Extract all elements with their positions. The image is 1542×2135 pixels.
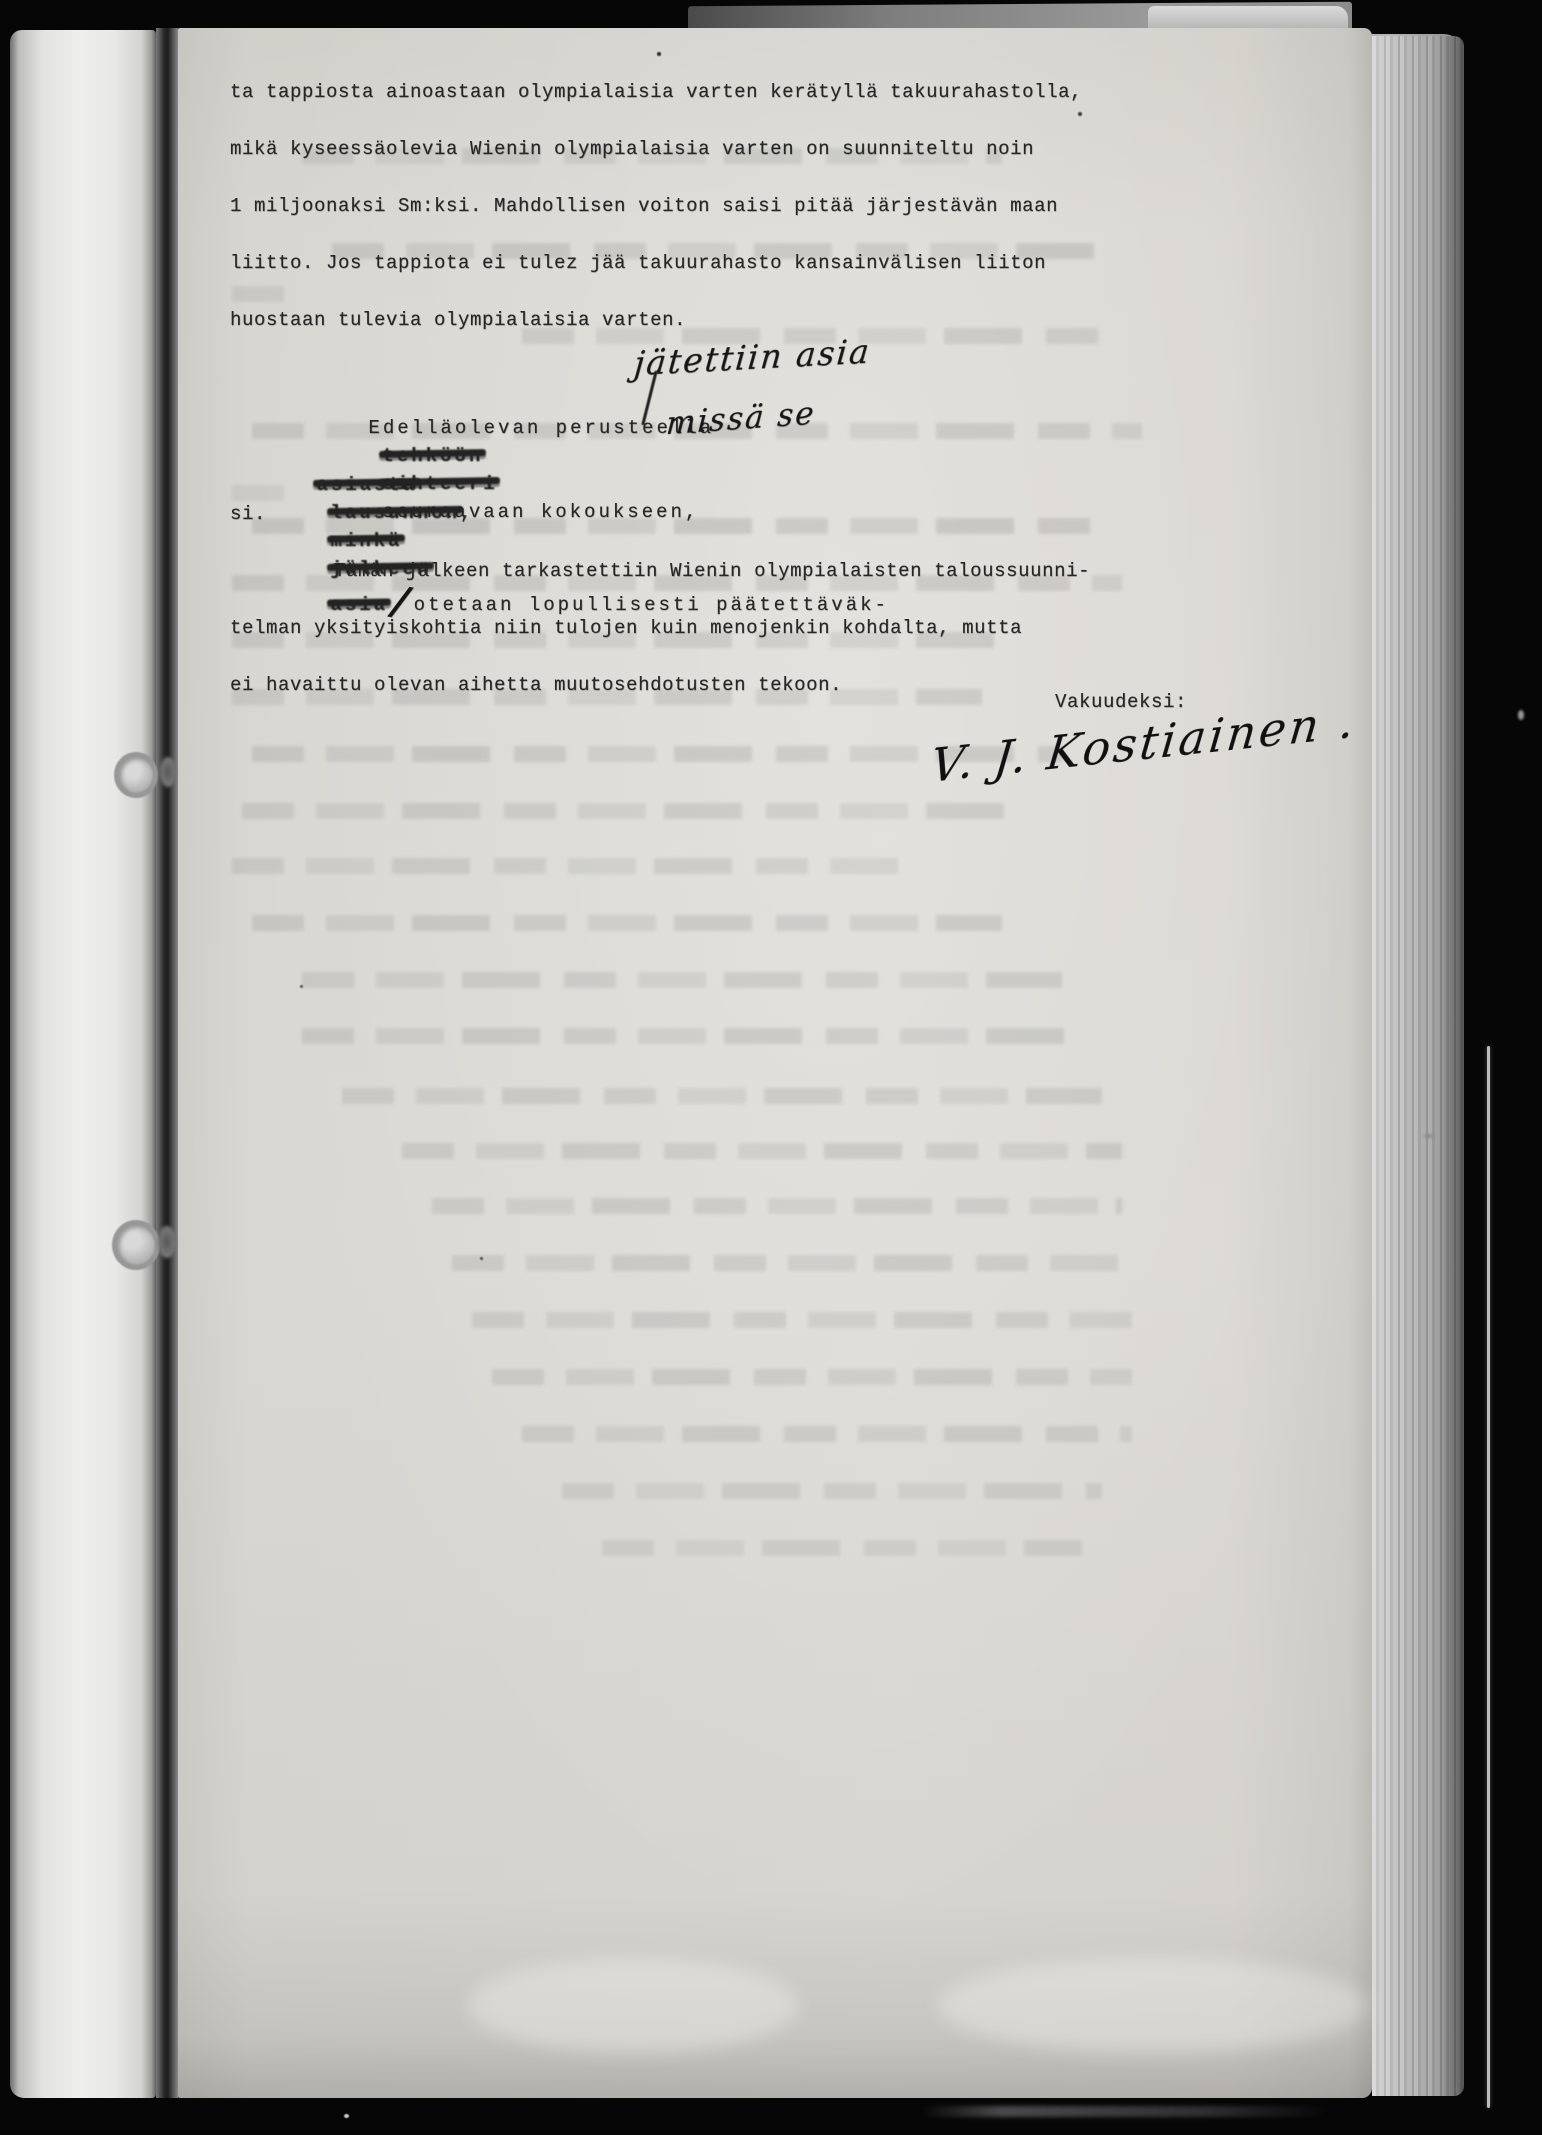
typed-line-3: 1 miljoonaksi Sm:ksi. Mahdollisen voiton… [230,192,1058,220]
binding-hole-shadow [160,757,176,787]
bleedthrough-ghost-line [602,1540,1082,1556]
dust-speck [657,52,661,56]
bleedthrough-ghost-line [342,1088,1102,1104]
struck-word: minkä [330,527,402,555]
typed-text: , [460,502,474,524]
bottom-watermark-smudge [468,1958,798,2053]
typed-text: otetaan lopullisesti päätettäväk- [414,594,889,616]
bleedthrough-ghost-line [242,803,1022,819]
handwritten-slash: / [391,587,413,618]
bleedthrough-ghost-line [232,286,292,302]
bleedthrough-ghost-line [232,858,902,874]
typed-line-11: ei havaittu olevan aihetta muutosehdotus… [230,671,842,699]
page-stack-right-edge [1372,36,1464,2096]
typed-line-4: liitto. Jos tappiota ei tulez jää takuur… [230,249,1046,277]
dust-speck [480,1257,483,1260]
closing-label: Vakuudeksi: [1055,688,1187,716]
film-scratch-line [1487,1046,1490,2108]
dust-speck [1078,112,1082,116]
bleedthrough-ghost-line [402,1143,1122,1159]
bottom-edge-smudge [920,2106,1330,2117]
typed-text: Edelläolevan perusteella [368,417,714,439]
typed-line-5: huostaan tulevia olympialaisia varten. [230,306,686,334]
bleedthrough-ghost-line [492,1369,1132,1385]
handwritten-insertion: jätettiin asia [633,338,872,379]
document-page: ta tappiosta ainoastaan olympialaisia va… [178,28,1372,2098]
typed-line-8: si. [230,500,266,528]
bleedthrough-ghost-line [472,1312,1132,1328]
scanned-document-photo: ta tappiosta ainoastaan olympialaisia va… [0,0,1542,2135]
bleedthrough-ghost-line [252,915,1002,931]
struck-word: lausunnon [330,499,460,527]
bleedthrough-ghost-line [302,972,1062,988]
dust-speck [344,2114,349,2118]
typed-line-9: Tämän jälkeen tarkastettiin Wienin olymp… [334,557,1090,585]
typed-line-1: ta tappiosta ainoastaan olympialaisia va… [230,78,1082,106]
binding-hole-shadow [158,1226,176,1258]
typed-line-2: mikä kyseessäolevia Wienin olympialaisia… [230,135,1034,163]
bleedthrough-ghost-line [522,1426,1132,1442]
dust-speck [300,985,303,988]
struck-word: asiasta [316,471,417,499]
binding-hole [112,1220,160,1270]
bleedthrough-ghost-line [452,1255,1132,1271]
typed-line-10: telman yksityiskohtia niin tulojen kuin … [230,614,1022,642]
dust-speck [1424,1134,1433,1138]
binding-gutter [156,28,178,2098]
dust-speck [1518,710,1524,720]
previous-page-edge [10,30,156,2098]
bleedthrough-ghost-line [432,1198,1122,1214]
handwritten-insertion: missä se [665,400,816,439]
binding-hole [114,752,158,798]
bleedthrough-ghost-line [562,1483,1102,1499]
bleedthrough-ghost-line [302,1028,1082,1044]
bottom-watermark-smudge [938,1958,1368,2053]
